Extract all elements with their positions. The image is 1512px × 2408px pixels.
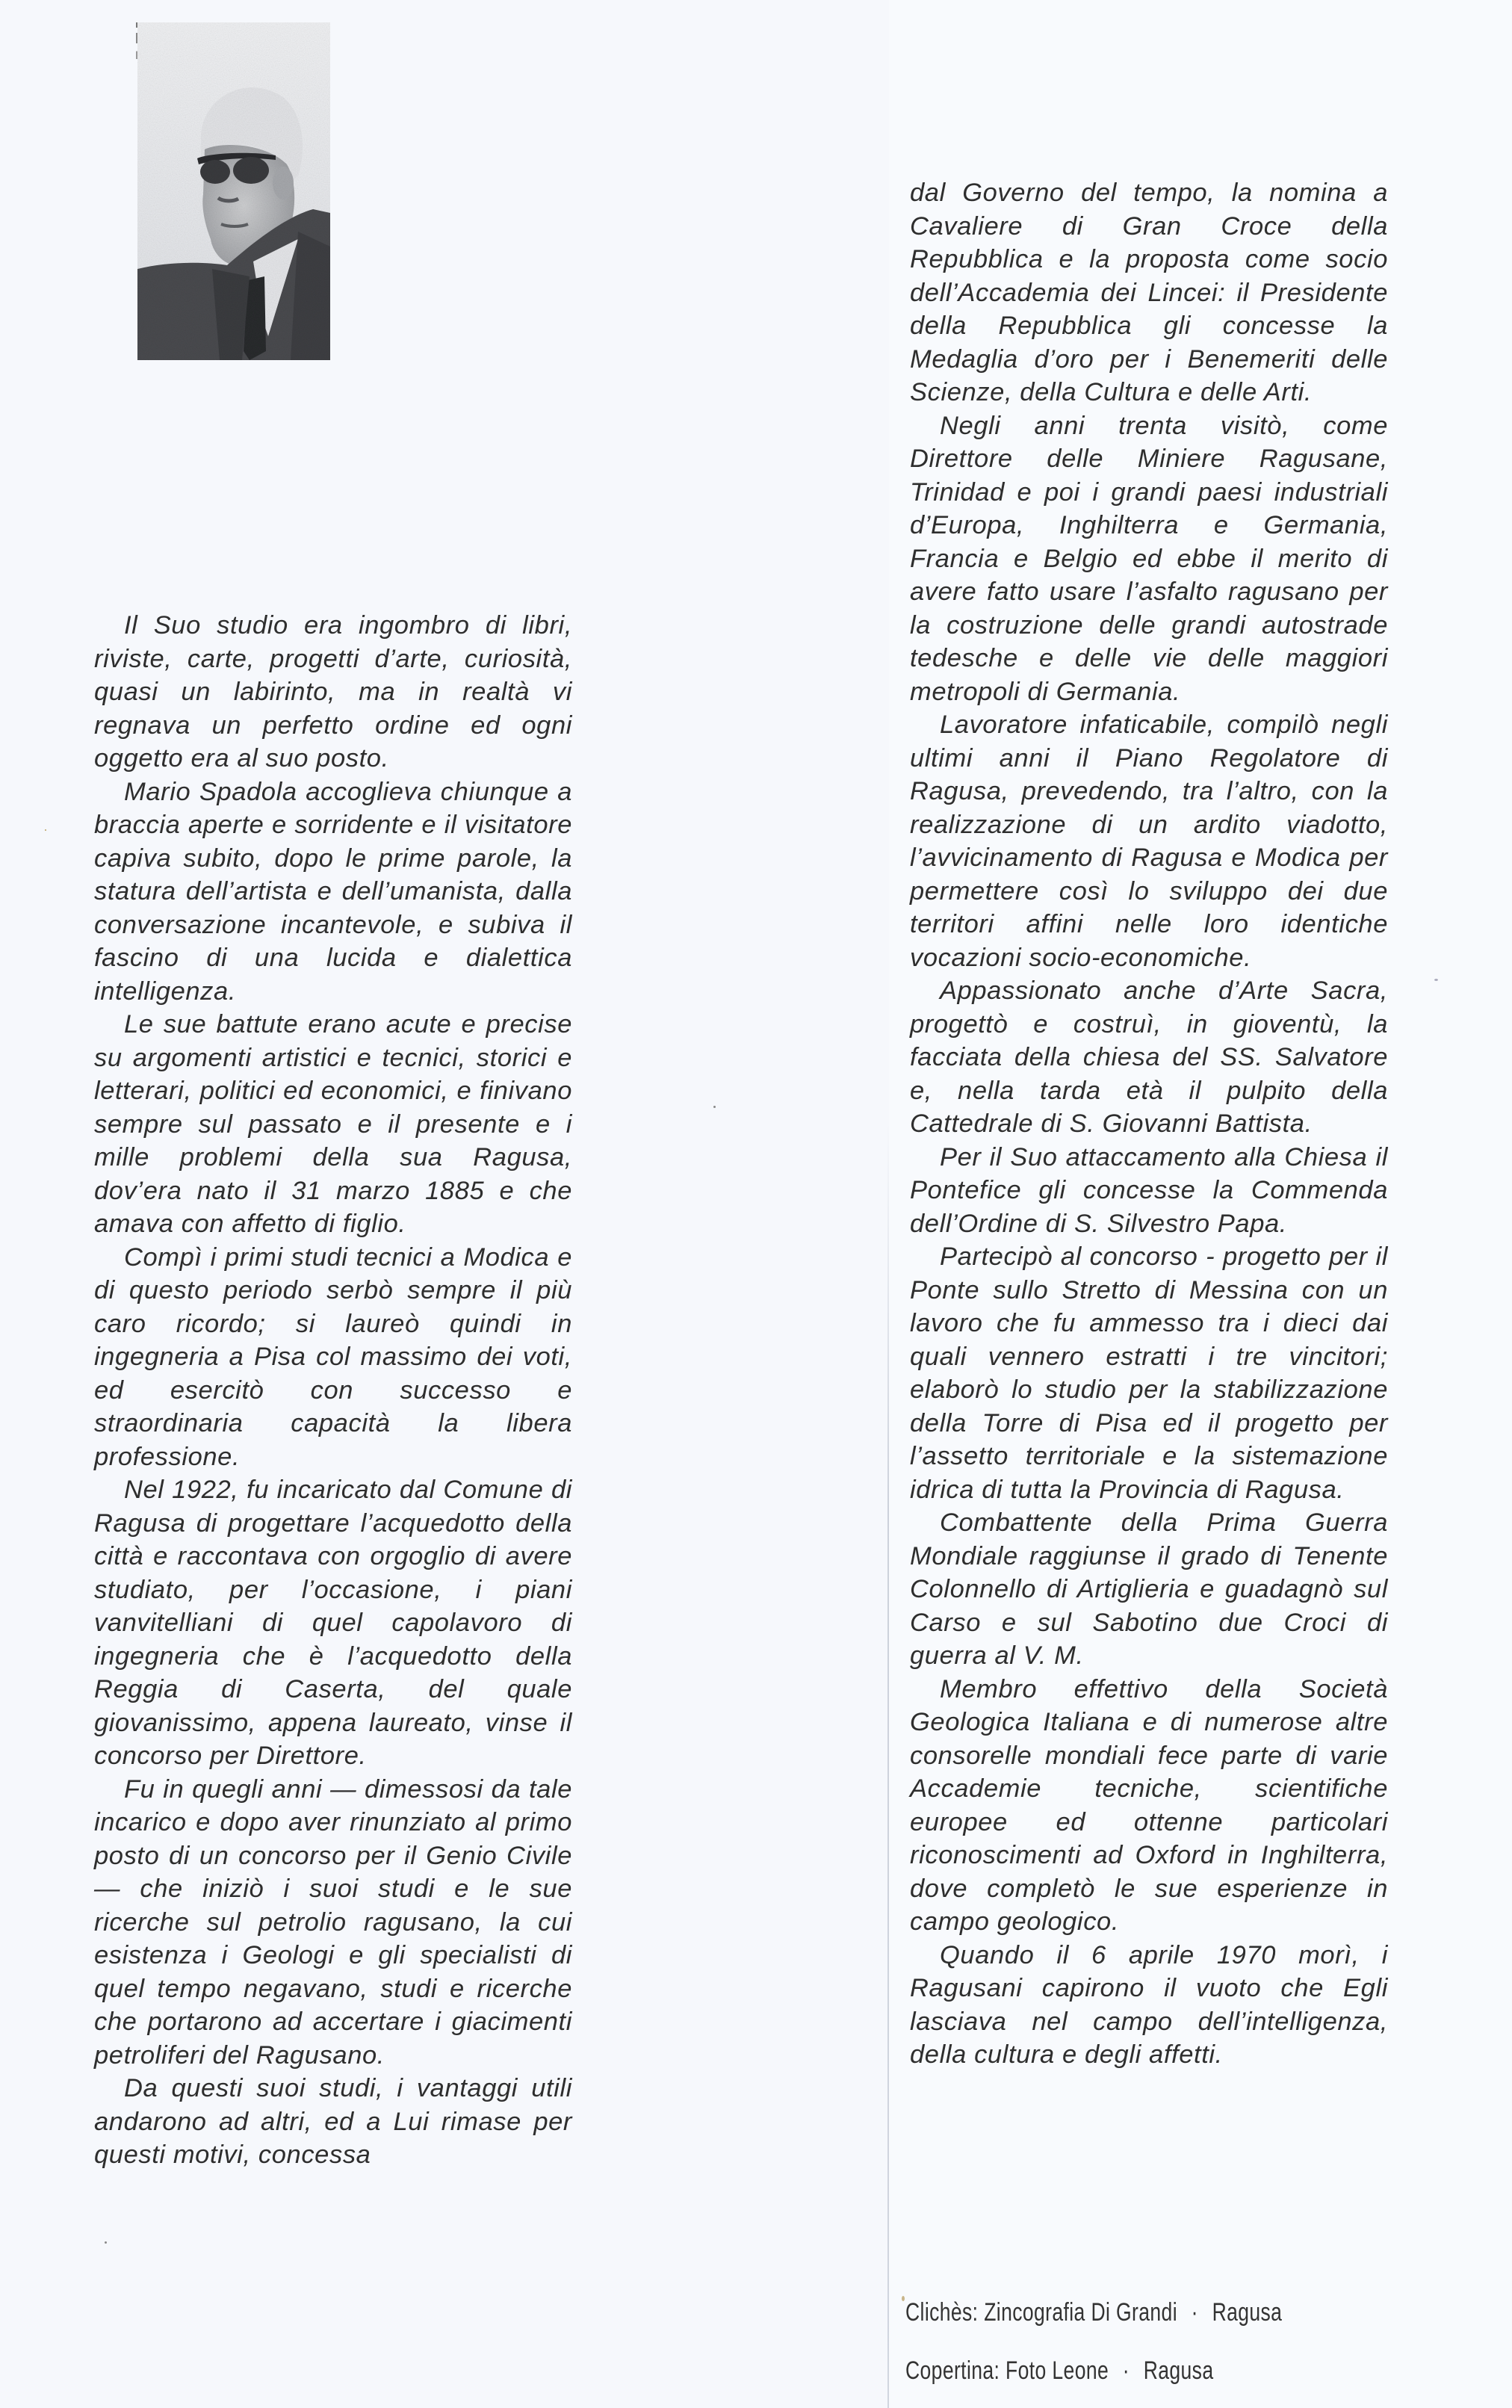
paragraph-advantages: Da questi suoi studi, i vantaggi utili a… [94, 2072, 572, 2172]
scan-speck [713, 1106, 716, 1108]
credit-separator: · [1192, 2298, 1198, 2327]
paragraph-studio: Il Suo studio era ingombro di libri, riv… [94, 609, 572, 776]
scan-speck [105, 2241, 107, 2244]
credit-cliches-label: Clichès: [905, 2298, 978, 2327]
credit-cliches-value: Zincografia Di Grandi [984, 2298, 1177, 2327]
credit-cover-city: Ragusa [1144, 2356, 1214, 2385]
paragraph-conversation: Le sue battute erano acute e precise su … [94, 1008, 572, 1241]
scan-speck [1434, 979, 1438, 981]
left-text-column: Il Suo studio era ingombro di libri, riv… [94, 609, 572, 2172]
scan-speck [45, 829, 46, 831]
paragraph-death: Quando il 6 aprile 1970 morì, i Ragusani… [910, 1939, 1388, 2072]
paragraph-education: Compì i primi studi tecnici a Modica e d… [94, 1241, 572, 1474]
paragraph-honors: dal Governo del tempo, la nomina a Caval… [910, 176, 1388, 409]
credit-cliches-city: Ragusa [1212, 2298, 1283, 2327]
credit-separator: · [1123, 2356, 1130, 2385]
paragraph-church-honor: Per il Suo attaccamento alla Chiesa il P… [910, 1141, 1388, 1241]
paragraph-petroleum: Fu in quegli anni — dimessosi da tale in… [94, 1773, 572, 2073]
paragraph-town-plan: Lavoratore infaticabile, compilò negli u… [910, 708, 1388, 974]
portrait-image [137, 22, 330, 360]
paragraph-sacred-art: Appassionato anche d’Arte Sacra, progett… [910, 974, 1388, 1141]
print-credits: Clichès: Zincografia Di Grandi · Ragusa … [905, 2297, 1282, 2408]
page-fold-line [887, 1121, 889, 2408]
paragraph-war-service: Combattente della Prima Guerra Mondiale … [910, 1506, 1388, 1673]
paragraph-geological-society: Membro effettivo della Società Geologica… [910, 1673, 1388, 1939]
right-text-column: dal Governo del tempo, la nomina a Caval… [910, 176, 1388, 2072]
paragraph-thirties-travels: Negli anni trenta visitò, come Direttore… [910, 409, 1388, 709]
credit-cliches: Clichès: Zincografia Di Grandi · Ragusa [905, 2297, 1282, 2327]
credit-cover-value: Foto Leone [1006, 2356, 1109, 2385]
paragraph-welcome: Mario Spadola accoglieva chiunque a brac… [94, 776, 572, 1009]
paragraph-aqueduct: Nel 1922, fu incaricato dal Comune di Ra… [94, 1473, 572, 1773]
credit-cover: Copertina: Foto Leone · Ragusa [905, 2356, 1282, 2386]
credit-cover-label: Copertina: [905, 2356, 1000, 2385]
paragraph-messina-bridge: Partecipò al concorso - progetto per il … [910, 1240, 1388, 1506]
scan-speck [902, 2296, 905, 2301]
portrait-photo [137, 22, 330, 360]
